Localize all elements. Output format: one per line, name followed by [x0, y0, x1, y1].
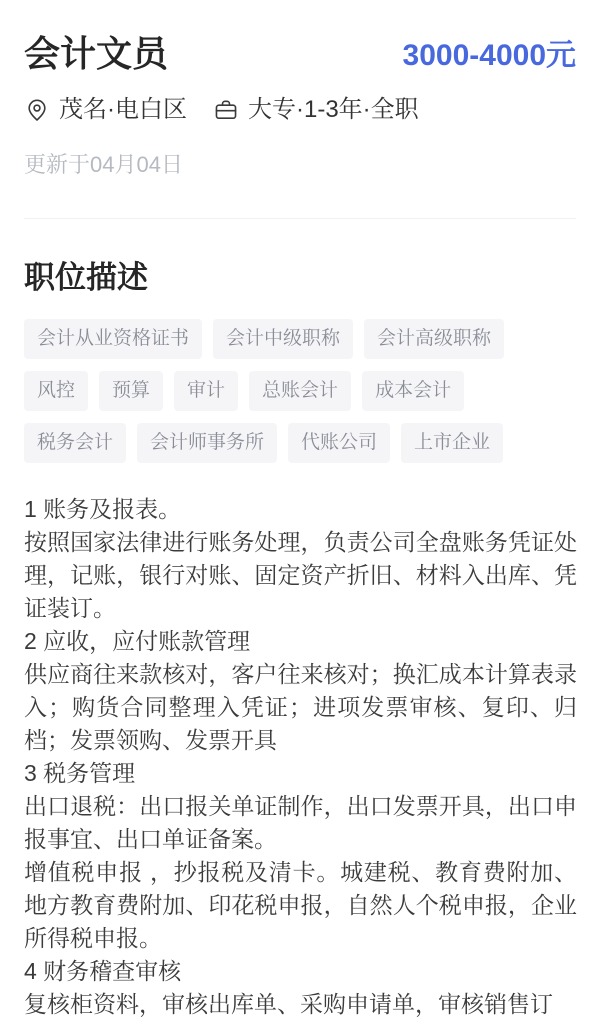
title-row: 会计文员 3000-4000元 [24, 36, 576, 72]
requirements-text: 大专·1-3年·全职 [248, 95, 419, 125]
section-divider [24, 218, 576, 219]
skill-tag: 上市企业 [401, 423, 503, 463]
job-meta-row: 茂名·电白区 大专·1-3年·全职 [24, 95, 576, 125]
job-title: 会计文员 [24, 36, 168, 72]
skill-tag: 预算 [99, 371, 163, 411]
location-pin-icon [24, 97, 50, 123]
section-heading: 职位描述 [24, 262, 577, 293]
skill-tag: 审计 [174, 371, 238, 411]
requirements-item: 大专·1-3年·全职 [213, 95, 419, 125]
skill-tag: 会计师事务所 [137, 423, 277, 463]
skill-tag: 总账会计 [249, 371, 351, 411]
salary-range: 3000-4000元 [403, 40, 576, 72]
skill-tag: 税务会计 [24, 423, 126, 463]
skill-tag: 代账公司 [288, 423, 390, 463]
job-description-section: 职位描述 会计从业资格证书会计中级职称会计高级职称风控预算审计总账会计成本会计税… [0, 262, 600, 1021]
job-description-text: 1 账务及报表。 按照国家法律进行账务处理，负责公司全盘账务凭证处理，记账，银行… [24, 493, 577, 1021]
updated-date: 更新于04月04日 [24, 152, 576, 178]
briefcase-icon [213, 97, 239, 123]
job-header: 会计文员 3000-4000元 茂名·电白区 [0, 0, 600, 178]
skill-tag: 会计高级职称 [364, 319, 504, 359]
skill-tag: 会计从业资格证书 [24, 319, 202, 359]
skill-tag: 风控 [24, 371, 88, 411]
location-item: 茂名·电白区 [24, 95, 187, 125]
skill-tag: 成本会计 [362, 371, 464, 411]
job-detail-page: 会计文员 3000-4000元 茂名·电白区 [0, 0, 600, 1025]
skill-tag: 会计中级职称 [213, 319, 353, 359]
tag-list: 会计从业资格证书会计中级职称会计高级职称风控预算审计总账会计成本会计税务会计会计… [24, 319, 577, 463]
location-text: 茂名·电白区 [59, 95, 187, 125]
